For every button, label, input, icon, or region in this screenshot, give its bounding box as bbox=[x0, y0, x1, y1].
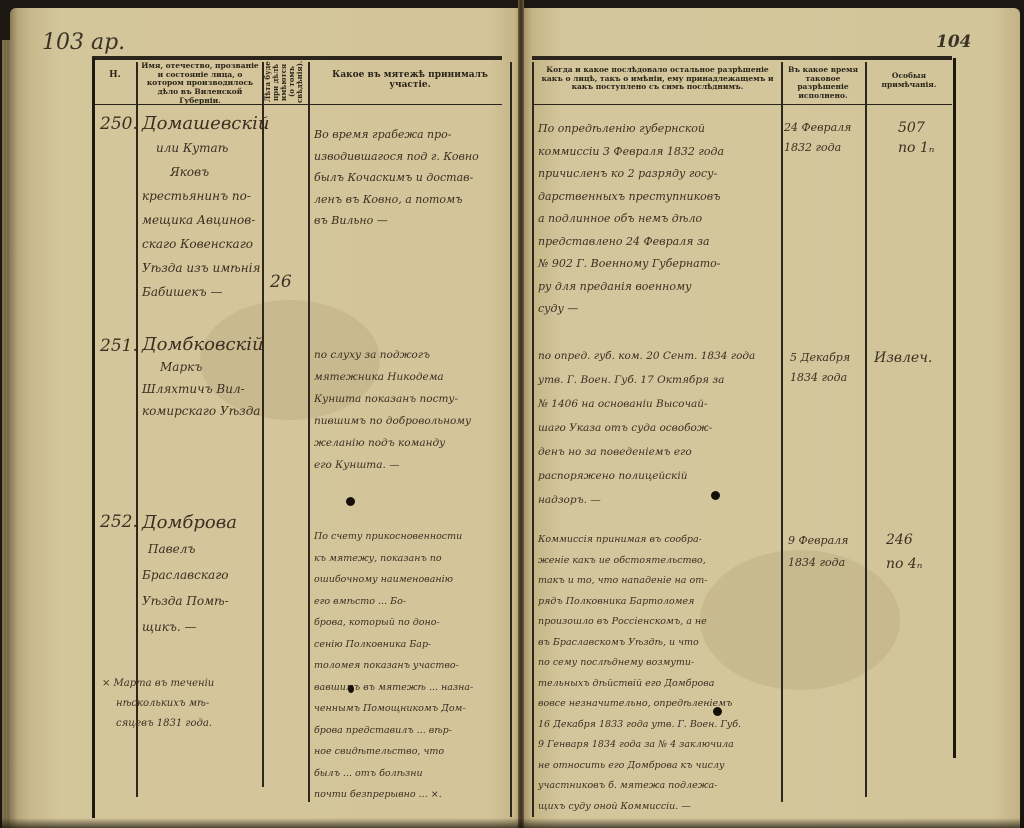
col-header-executed: Въ какое время таковое разрѣшеніе исполн… bbox=[783, 66, 863, 101]
text-line: 24 Февраля bbox=[784, 118, 851, 138]
text-line: по опред. губ. ком. 20 Сент. 1834 года bbox=[538, 344, 755, 368]
text-line: шаго Указа отъ суда освобож- bbox=[538, 416, 755, 440]
text-line: По опредѣленію губернской bbox=[538, 118, 724, 141]
text-line: пившимъ по добровольному bbox=[314, 410, 471, 432]
col-divider bbox=[308, 62, 310, 802]
name-line: Уѣзда изъ имѣнія bbox=[142, 256, 270, 280]
col-divider bbox=[865, 62, 867, 797]
text-line: по 1ₙ bbox=[898, 138, 934, 158]
text-line: вовсе незначительно, опредѣленіемъ bbox=[538, 694, 741, 715]
text-line: желанію подъ команду bbox=[314, 432, 471, 454]
name-line: Бабишекъ — bbox=[142, 280, 270, 304]
text-line: надзоръ. — bbox=[538, 488, 755, 512]
text-line: его вмѣсто ... Бо- bbox=[314, 591, 473, 613]
name-line: Уѣзда Помѣ- bbox=[142, 588, 237, 614]
text-line: ное свидѣтельство, что bbox=[314, 741, 473, 763]
left-table-border bbox=[92, 58, 95, 818]
entry-number: 251. bbox=[100, 336, 138, 356]
text-line: представлено 24 Февраля за bbox=[538, 231, 724, 254]
text-line: 9 Февраля bbox=[788, 530, 848, 552]
name-line: или Кутаѣ bbox=[142, 136, 270, 160]
col-header-notes: Особыя примѣчанія. bbox=[867, 72, 951, 89]
text-line: 9 Генваря 1834 года за № 4 заключила bbox=[538, 735, 741, 756]
name-line: Домбковскій bbox=[142, 334, 264, 356]
entry-executed: 9 Февраля 1834 года bbox=[788, 530, 848, 574]
text-line: а подлинное объ немъ дѣло bbox=[538, 208, 724, 231]
name-line: Павелъ bbox=[142, 536, 237, 562]
text-line: причисленъ ко 2 разряду госу- bbox=[538, 163, 724, 186]
entry-participation: По счету прикосновенности къ мятежу, пок… bbox=[314, 526, 473, 806]
text-line: толомея показанъ участво- bbox=[314, 655, 473, 677]
open-ledger-book: 103 ар. 104 Н. Имя, отечество, прозваніе… bbox=[0, 0, 1024, 828]
entry-notes: 246 по 4ₙ bbox=[886, 528, 922, 576]
entry-resolution: Коммиссія принимая въ сообра- женіе какъ… bbox=[538, 530, 741, 817]
entry-name: Домашевскій или Кутаѣ Яковъ крестьянинъ … bbox=[142, 112, 270, 304]
text-line: по сему послѣднему возмути- bbox=[538, 653, 741, 674]
text-line: суду — bbox=[538, 298, 724, 321]
name-line: комирскаго Уѣзда bbox=[142, 400, 264, 422]
col-header-num: Н. bbox=[96, 70, 134, 80]
name-line: Шляхтичъ Вил- bbox=[142, 378, 264, 400]
text-line: 5 Декабря bbox=[790, 348, 850, 368]
text-line: сенію Полковника Бар- bbox=[314, 634, 473, 656]
entry-resolution: По опредѣленію губернской коммиссіи 3 Фе… bbox=[538, 118, 724, 321]
entry-resolution: по опред. губ. ком. 20 Сент. 1834 года у… bbox=[538, 344, 755, 512]
name-line: щикъ. — bbox=[142, 614, 237, 640]
name-line: мещика Авцинов- bbox=[142, 208, 270, 232]
text-line: брова, который по доно- bbox=[314, 612, 473, 634]
col-divider bbox=[781, 62, 783, 802]
col-header-name: Имя, отечество, прозваніе и состояніе ли… bbox=[140, 62, 260, 105]
entry-age: 26 bbox=[270, 272, 292, 292]
text-line: Коммиссія принимая въ сообра- bbox=[538, 530, 741, 551]
text-line: произошло въ Россіенскомъ, а не bbox=[538, 612, 741, 633]
text-line: денъ но за поведеніемъ его bbox=[538, 440, 755, 464]
text-line: почти безпрерывно ... ×. bbox=[314, 784, 473, 806]
text-line: коммиссіи 3 Февраля 1832 года bbox=[538, 141, 724, 164]
text-line: по 4ₙ bbox=[886, 552, 922, 576]
name-line: Яковъ bbox=[142, 160, 270, 184]
text-line: дарственныхъ преступниковъ bbox=[538, 186, 724, 209]
text-line: нѣсколькихъ мѣ- bbox=[102, 694, 214, 714]
text-line: ру для преданія военному bbox=[538, 276, 724, 299]
text-line: вавшимъ въ мятежѣ ... назна- bbox=[314, 677, 473, 699]
book-gutter bbox=[518, 0, 524, 828]
folio-left: 103 ар. bbox=[42, 30, 125, 55]
text-line: къ мятежу, показанъ по bbox=[314, 548, 473, 570]
text-line: женіе какъ ие обстоятельство, bbox=[538, 551, 741, 572]
entry-number: 252. bbox=[100, 512, 138, 532]
header-bottom-rule-right bbox=[532, 104, 952, 105]
bottom-shadow bbox=[0, 818, 1024, 828]
text-line: не относить его Домброва къ числу bbox=[538, 756, 741, 777]
col-divider bbox=[510, 62, 512, 817]
binding-hole bbox=[348, 685, 354, 693]
binding-hole bbox=[711, 491, 720, 500]
col-header-resolution: Когда и какое послѣдовало остальное разр… bbox=[536, 66, 779, 92]
text-line: 507 bbox=[898, 118, 934, 138]
text-line: № 1406 на основаніи Высочай- bbox=[538, 392, 755, 416]
name-line: Домброва bbox=[142, 510, 237, 536]
entry-participation: Во время грабежа про- изводившагося под … bbox=[314, 124, 479, 232]
col-divider bbox=[532, 62, 534, 817]
text-line: былъ ... отъ болѣзни bbox=[314, 763, 473, 785]
text-line: былъ Кочаскимъ и достав- bbox=[314, 167, 479, 189]
right-table-border bbox=[953, 58, 956, 758]
entry-side-note: × Марта въ теченіи нѣсколькихъ мѣ- сяцев… bbox=[102, 674, 214, 734]
text-line: Во время грабежа про- bbox=[314, 124, 479, 146]
text-line: тельныхъ дѣйствій его Домброва bbox=[538, 674, 741, 695]
entry-name: Домбковскій Маркъ Шляхтичъ Вил- комирска… bbox=[142, 334, 264, 422]
text-line: № 902 Г. Военному Губернато- bbox=[538, 253, 724, 276]
col-header-age: Лѣта буде при дѣлѣ имѣются (о томъ свѣдѣ… bbox=[264, 60, 306, 104]
text-line: участниковъ б. мятежа подлежа- bbox=[538, 776, 741, 797]
text-line: 16 Декабря 1833 года утв. Г. Воен. Губ. bbox=[538, 715, 741, 736]
text-line: такъ и то, что нападеніе на от- bbox=[538, 571, 741, 592]
text-line: распоряжено полицейскій bbox=[538, 464, 755, 488]
entry-participation: по слуху за поджогъ мятежника Никодема К… bbox=[314, 344, 471, 476]
folio-right: 104 bbox=[936, 32, 972, 52]
text-line: брова представилъ ... вѣр- bbox=[314, 720, 473, 742]
text-line: 246 bbox=[886, 528, 922, 552]
text-line: изводившагося под г. Ковно bbox=[314, 146, 479, 168]
entry-executed: 24 Февраля 1832 года bbox=[784, 118, 851, 158]
text-line: мятежника Никодема bbox=[314, 366, 471, 388]
text-line: въ Вильно — bbox=[314, 210, 479, 232]
text-line: рядъ Полковника Бартоломея bbox=[538, 592, 741, 613]
text-line: ченнымъ Помощникомъ Дом- bbox=[314, 698, 473, 720]
text-line: 1834 года bbox=[788, 552, 848, 574]
text-line: сяцевъ 1831 года. bbox=[102, 714, 214, 734]
entry-executed: 5 Декабря 1834 года bbox=[790, 348, 850, 388]
text-line: ленъ въ Ковно, а потомъ bbox=[314, 189, 479, 211]
name-line: скаго Ковенскаго bbox=[142, 232, 270, 256]
col-header-participation: Какое въ мятежѣ принималъ участіе. bbox=[312, 70, 508, 91]
text-line: въ Браславскомъ Уѣздѣ, и что bbox=[538, 633, 741, 654]
table-top-rule-right bbox=[532, 56, 952, 60]
text-line: × Марта въ теченіи bbox=[102, 674, 214, 694]
name-line: крестьянинъ по- bbox=[142, 184, 270, 208]
text-line: утв. Г. Воен. Губ. 17 Октября за bbox=[538, 368, 755, 392]
text-line: 1834 года bbox=[790, 368, 850, 388]
text-line: по слуху за поджогъ bbox=[314, 344, 471, 366]
name-line: Браславскаго bbox=[142, 562, 237, 588]
text-line: ошибочному наименованію bbox=[314, 569, 473, 591]
entry-number: 250. bbox=[100, 114, 138, 134]
name-line: Маркъ bbox=[142, 356, 264, 378]
entry-name: Домброва Павелъ Браславскаго Уѣзда Помѣ-… bbox=[142, 510, 237, 640]
text-line: По счету прикосновенности bbox=[314, 526, 473, 548]
text-line: щихъ суду оной Коммиссіи. — bbox=[538, 797, 741, 818]
text-line: его Куншта. — bbox=[314, 454, 471, 476]
binding-hole bbox=[713, 707, 722, 716]
entry-notes: 507 по 1ₙ bbox=[898, 118, 934, 158]
entry-notes: Извлеч. bbox=[874, 350, 932, 366]
text-line: 1832 года bbox=[784, 138, 851, 158]
text-line: Куншта показанъ посту- bbox=[314, 388, 471, 410]
name-line: Домашевскій bbox=[142, 112, 270, 136]
binding-hole bbox=[346, 497, 355, 506]
